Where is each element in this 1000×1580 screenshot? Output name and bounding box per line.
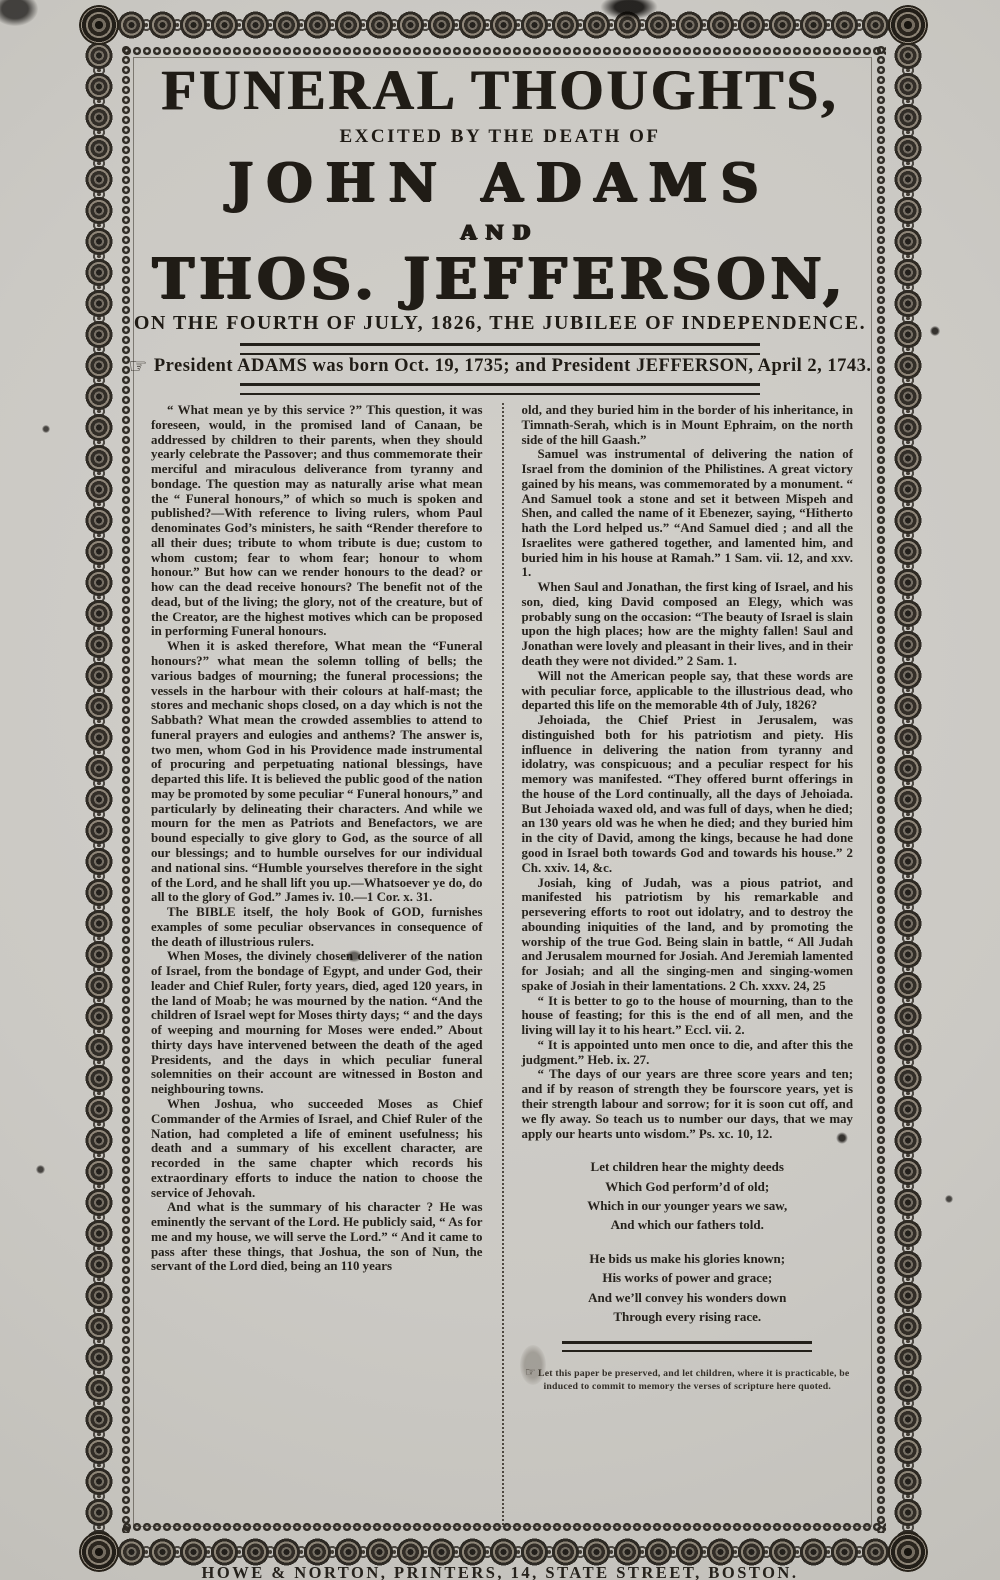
- body-paragraph: Will not the American people say, that t…: [522, 669, 854, 713]
- text-columns: “ What mean ye by this service ?” This q…: [151, 403, 853, 1525]
- pointing-hand-icon: ☞: [128, 354, 147, 378]
- preservation-note-text: Let this paper be preserved, and let chi…: [538, 1368, 850, 1392]
- double-rule-bottom: [240, 383, 760, 395]
- hymn: Let children hear the mighty deeds Which…: [522, 1157, 854, 1326]
- occasion-line: ON THE FOURTH OF JULY, 1826, THE JUBILEE…: [0, 312, 1000, 335]
- page-subtitle: EXCITED BY THE DEATH OF: [0, 126, 1000, 148]
- body-paragraph: “ The days of our years are three score …: [522, 1067, 854, 1141]
- body-paragraph: When it is asked therefore, What mean th…: [151, 639, 483, 905]
- note-hand-icon: ☞: [525, 1365, 536, 1379]
- left-column: “ What mean ye by this service ?” This q…: [151, 403, 504, 1525]
- hymn-line: Which God perform’d of old;: [522, 1177, 854, 1196]
- hymn-line: And we’ll convey his wonders down: [522, 1288, 854, 1307]
- photo-stain: [36, 1165, 45, 1174]
- hymn-line: And which our fathers told.: [522, 1215, 854, 1234]
- body-paragraph: The BIBLE itself, the holy Book of GOD, …: [151, 905, 483, 949]
- name-thos-jefferson: THOS. JEFFERSON,: [0, 246, 1000, 312]
- printer-imprint: HOWE & NORTON, PRINTERS, 14, STATE STREE…: [0, 1563, 1000, 1580]
- birth-date-line: ☞President ADAMS was born Oct. 19, 1735;…: [0, 354, 1000, 379]
- hymn-line: He bids us make his glories known;: [522, 1249, 854, 1268]
- hymn-line: Which in our younger years we saw,: [522, 1196, 854, 1215]
- photo-stain: [42, 425, 50, 433]
- body-paragraph: old, and they buried him in the border o…: [522, 403, 854, 447]
- corner-rosette-top-right: [888, 5, 928, 45]
- body-paragraph: When Saul and Jonathan, the first king o…: [522, 580, 854, 669]
- ornamental-border-top: [116, 8, 892, 42]
- page-title: FUNERAL THOUGHTS,: [0, 58, 1000, 123]
- corner-rosette-top-left: [79, 5, 119, 45]
- name-john-adams: JOHN ADAMS: [0, 152, 1000, 214]
- body-paragraph: And what is the summary of his character…: [151, 1200, 483, 1274]
- photo-stain: [945, 1195, 953, 1203]
- body-paragraph: Samuel was instrumental of delivering th…: [522, 447, 854, 580]
- body-paragraph: When Joshua, who succeeded Moses as Chie…: [151, 1097, 483, 1200]
- body-paragraph: Josiah, king of Judah, was a pious patri…: [522, 876, 854, 994]
- hymn-line: Let children hear the mighty deeds: [522, 1157, 854, 1176]
- body-paragraph: “ What mean ye by this service ?” This q…: [151, 403, 483, 639]
- photo-stain: [0, 0, 38, 26]
- body-paragraph: Jehoiada, the Chief Priest in Jerusalem,…: [522, 713, 854, 875]
- chain-border-top: [122, 45, 886, 57]
- preservation-note: ☞Let this paper be preserved, and let ch…: [522, 1364, 854, 1393]
- body-paragraph: When Moses, the divinely chosen delivere…: [151, 949, 483, 1097]
- body-paragraph: “ It is better to go to the house of mou…: [522, 994, 854, 1038]
- birth-date-text: President ADAMS was born Oct. 19, 1735; …: [154, 356, 872, 376]
- body-paragraph: “ It is appointed unto men once to die, …: [522, 1038, 854, 1068]
- hymn-rule: [562, 1341, 812, 1352]
- hymn-line: His works of power and grace;: [522, 1268, 854, 1287]
- conjunction-and: AND: [0, 220, 1000, 244]
- hymn-stanza: Let children hear the mighty deeds Which…: [522, 1157, 854, 1234]
- hymn-line: Through every rising race.: [522, 1307, 854, 1326]
- hymn-stanza: He bids us make his glories known; His w…: [522, 1249, 854, 1326]
- broadside-sheet: FUNERAL THOUGHTS, EXCITED BY THE DEATH O…: [0, 0, 1000, 1580]
- right-column: old, and they buried him in the border o…: [504, 403, 854, 1525]
